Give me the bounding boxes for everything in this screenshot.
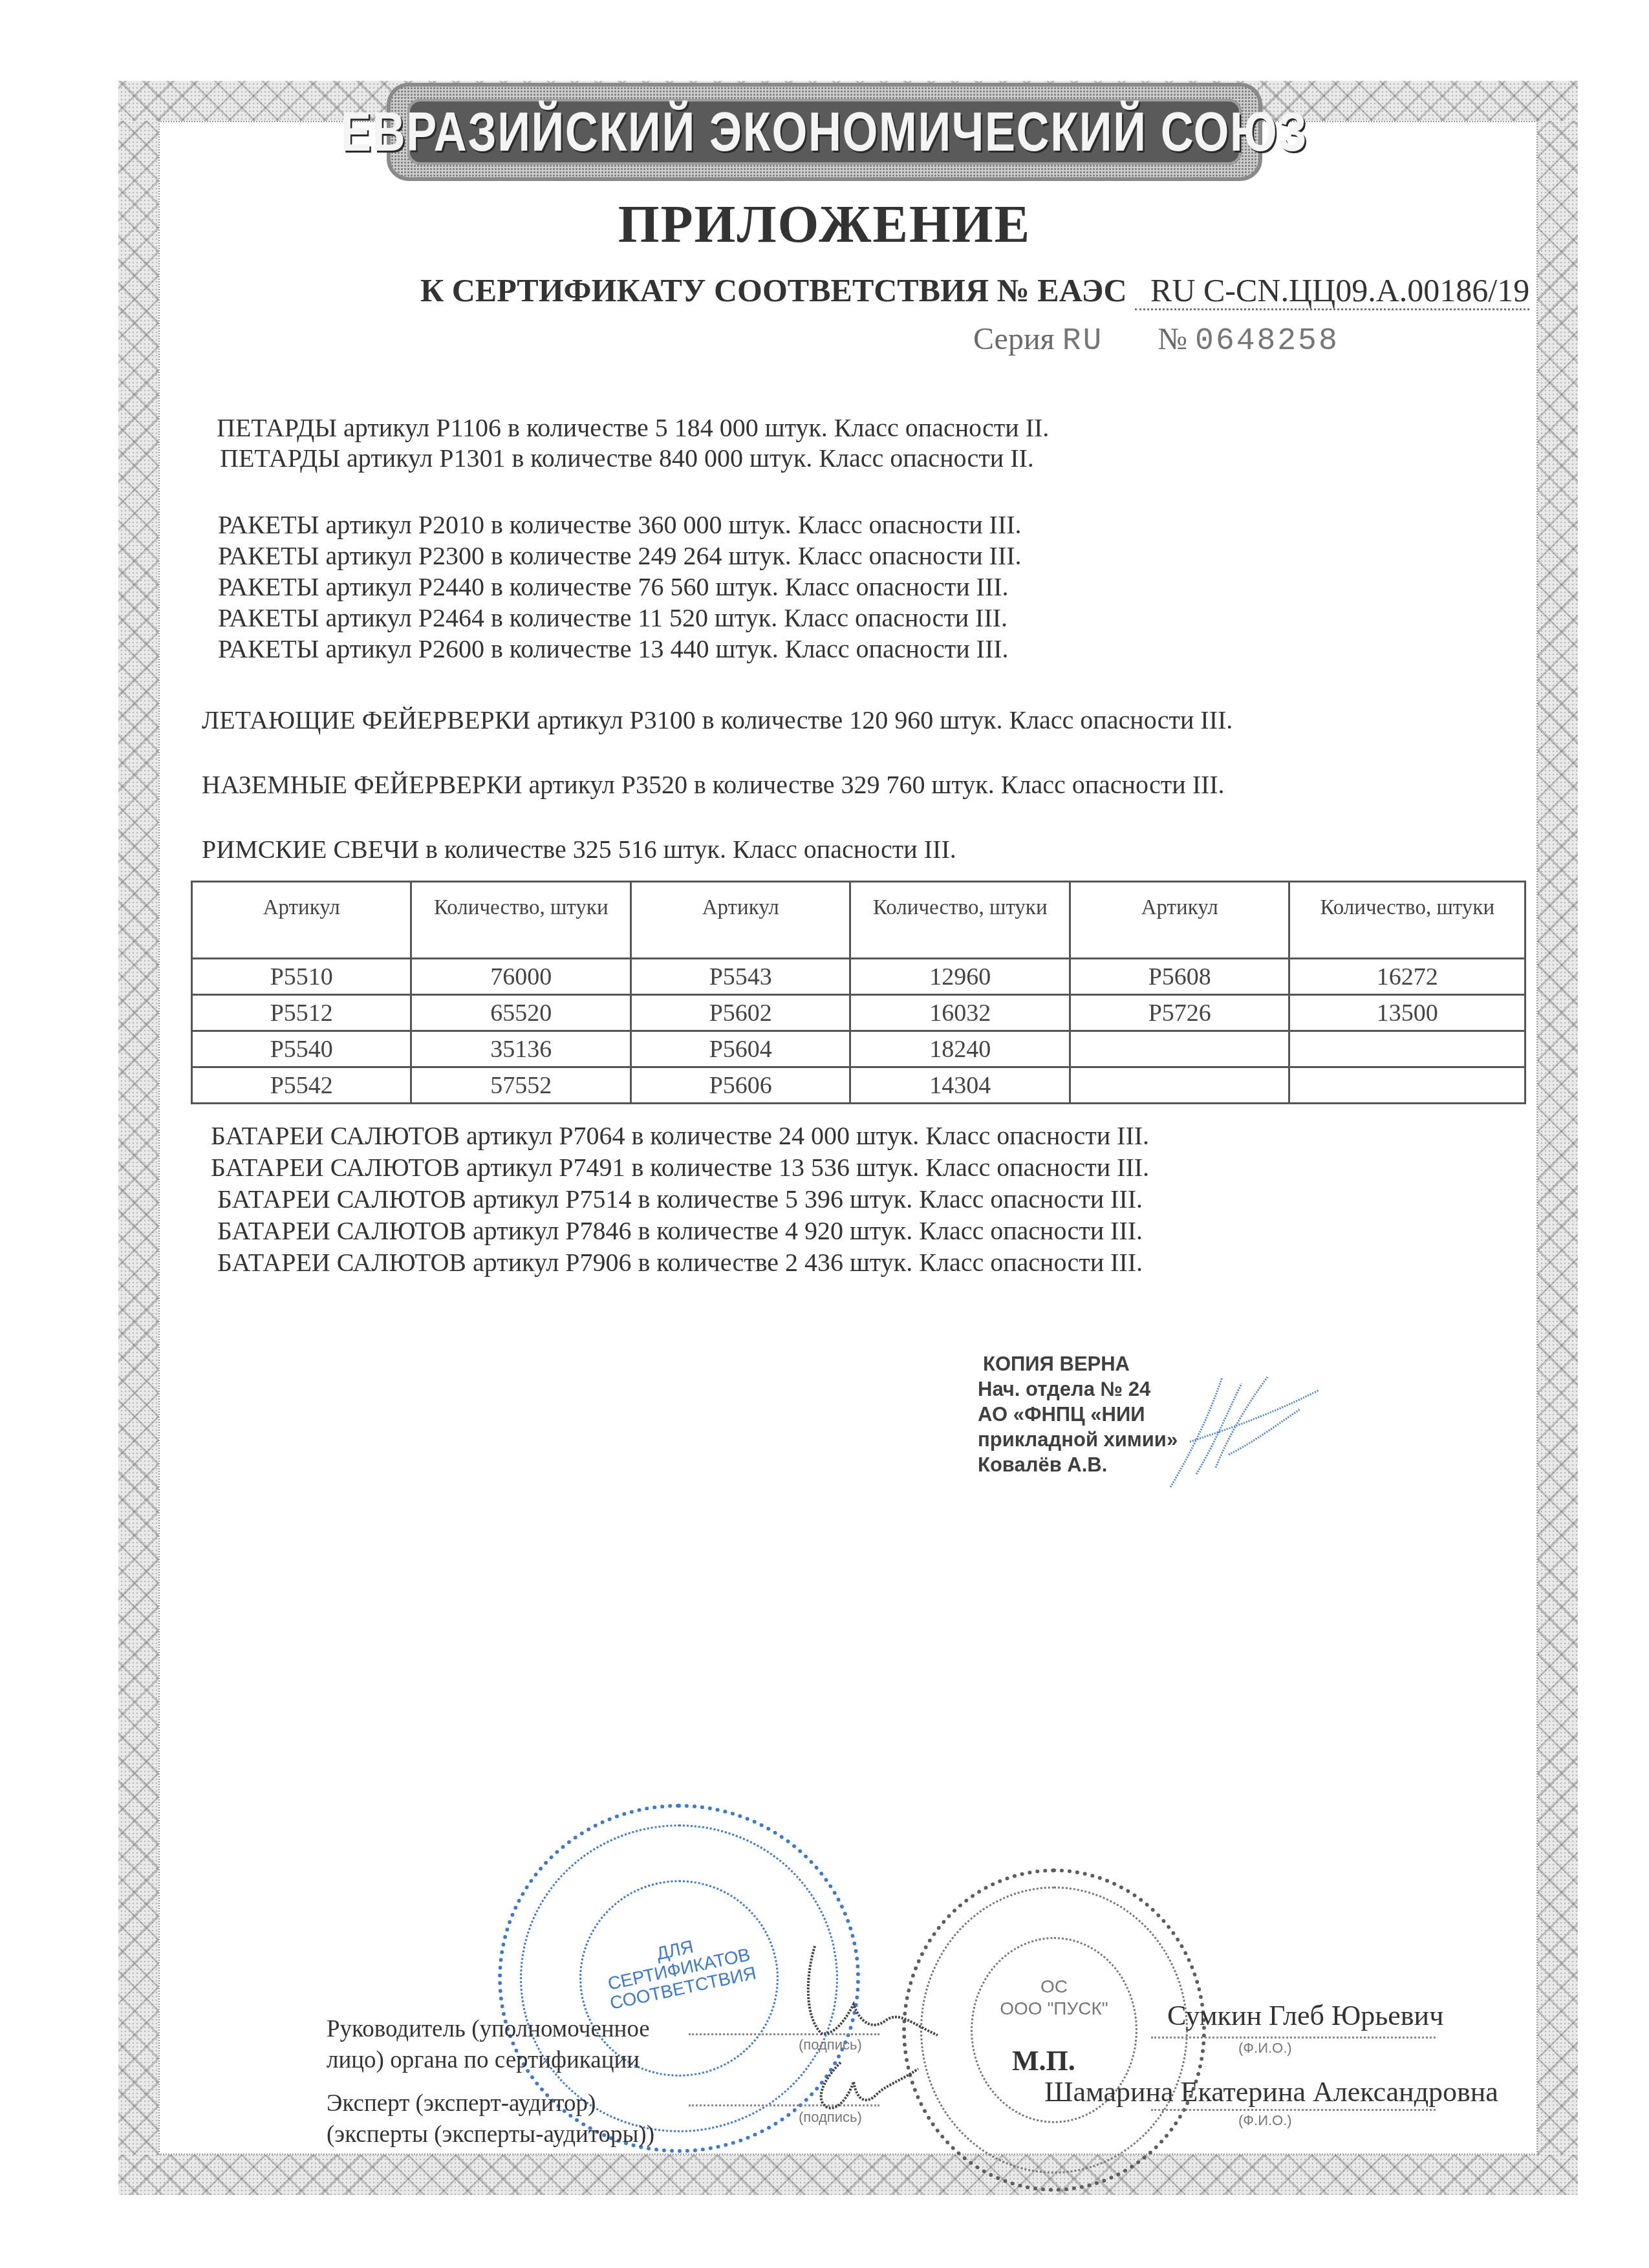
expert-label: Эксперт (эксперт-аудитор) (эксперты (экс…	[327, 2088, 654, 2150]
banner-plate: ЕВРАЗИЙСКИЙ ЭКОНОМИЧЕСКИЙ СОЮЗ	[407, 99, 1242, 165]
fio-caption: (Ф.И.О.)	[1238, 2040, 1292, 2057]
copy-stamp-line: прикладной химии»	[978, 1427, 1178, 1452]
copy-stamp-line: Ковалёв А.В.	[978, 1452, 1178, 1477]
table-cell: Р5608	[1070, 959, 1289, 995]
expert-signature-icon	[802, 2056, 944, 2121]
column-header: Количество, штуки	[411, 882, 631, 959]
item-line-battery: БАТАРЕИ САЛЮТОВ артикул Р7846 в количест…	[217, 1215, 1143, 1246]
item-line-battery: БАТАРЕИ САЛЮТОВ артикул Р7064 в количест…	[211, 1120, 1149, 1151]
column-header: Количество, штуки	[1289, 882, 1525, 959]
expert-name: Шамарина Екатерина Александровна	[1044, 2075, 1498, 2108]
head-label: Руководитель (уполномоченное лицо) орган…	[327, 2014, 650, 2076]
item-line-rocket: РАКЕТЫ артикул Р2600 в количестве 13 440…	[218, 634, 1009, 664]
table-cell: Р5602	[631, 995, 850, 1031]
item-line-rocket: РАКЕТЫ артикул Р2010 в количестве 360 00…	[218, 509, 1022, 540]
table-cell: 35136	[411, 1031, 631, 1067]
table-cell: 76000	[411, 959, 631, 995]
series-label: Серия	[973, 322, 1055, 356]
table-row: Р5540 35136 Р5604 18240	[192, 1031, 1525, 1067]
expert-name-line	[1151, 2109, 1436, 2111]
certificate-prefix: К СЕРТИФИКАТУ СООТВЕТСТВИЯ № ЕАЭС	[420, 272, 1127, 308]
copy-stamp-line: Нач. отдела № 24	[978, 1376, 1178, 1402]
table-cell: 57552	[411, 1067, 631, 1104]
number-label: №	[1158, 322, 1187, 356]
table-row: Р5512 65520 Р5602 16032 Р5726 13500	[192, 995, 1525, 1031]
table-row: Р5510 76000 Р5543 12960 Р5608 16272	[192, 959, 1525, 995]
table-cell: 18240	[850, 1031, 1070, 1067]
item-line-rocket: РАКЕТЫ артикул Р2464 в количестве 11 520…	[218, 603, 1008, 633]
fio-caption: (Ф.И.О.)	[1238, 2112, 1292, 2129]
copy-stamp-line: АО «ФНПЦ «НИИ	[978, 1402, 1178, 1427]
head-name-line	[1151, 2037, 1436, 2038]
form-number: 0648258	[1195, 324, 1339, 359]
column-header: Артикул	[631, 882, 850, 959]
copy-stamp-line: КОПИЯ ВЕРНА	[978, 1351, 1178, 1376]
table-cell: 12960	[850, 959, 1070, 995]
head-name: Сумкин Глеб Юрьевич	[1167, 1999, 1443, 2032]
gray-seal-text: ОС ООО "ПУСК"	[906, 1976, 1202, 2020]
head-label-line: лицо) органа по сертификации	[327, 2045, 650, 2076]
roman-candles-table: Артикул Количество, штуки Артикул Количе…	[191, 881, 1526, 1104]
expert-label-line: Эксперт (эксперт-аудитор)	[327, 2088, 654, 2119]
item-line-battery: БАТАРЕИ САЛЮТОВ артикул Р7491 в количест…	[211, 1152, 1149, 1182]
table-cell: Р5510	[192, 959, 411, 995]
head-label-line: Руководитель (уполномоченное	[327, 2014, 650, 2045]
item-line-petard: ПЕТАРДЫ артикул Р1106 в количестве 5 184…	[217, 412, 1049, 443]
certificate-reference: К СЕРТИФИКАТУ СООТВЕТСТВИЯ № ЕАЭС RU С-C…	[420, 272, 1529, 309]
head-signature-icon	[802, 1940, 944, 2043]
item-line-ground-fireworks: НАЗЕМНЫЕ ФЕЙЕРВЕРКИ артикул Р3520 в коли…	[202, 769, 1225, 800]
seal-text-line: ООО "ПУСК"	[906, 1998, 1202, 2020]
table-cell: Р5606	[631, 1067, 850, 1104]
item-line-battery: БАТАРЕИ САЛЮТОВ артикул Р7514 в количест…	[217, 1184, 1143, 1214]
item-line-rocket: РАКЕТЫ артикул Р2300 в количестве 249 26…	[218, 540, 1022, 571]
item-line-rocket: РАКЕТЫ артикул Р2440 в количестве 76 560…	[218, 572, 1009, 602]
certificate-number: RU С-CN.ЦЦ09.А.00186/19	[1135, 272, 1529, 310]
item-line-flying-fireworks: ЛЕТАЮЩИЕ ФЕЙЕРВЕРКИ артикул Р3100 в коли…	[202, 705, 1233, 735]
banner-text: ЕВРАЗИЙСКИЙ ЭКОНОМИЧЕСКИЙ СОЮЗ	[341, 100, 1308, 164]
table-cell: Р5512	[192, 995, 411, 1031]
table-cell: 13500	[1289, 995, 1525, 1031]
item-line-petard: ПЕТАРДЫ артикул Р1301 в количестве 840 0…	[220, 443, 1034, 473]
blue-signature-icon	[1151, 1364, 1345, 1493]
table-cell: Р5542	[192, 1067, 411, 1104]
table-row: Р5542 57552 Р5606 14304	[192, 1067, 1525, 1104]
table-header-row: Артикул Количество, штуки Артикул Количе…	[192, 882, 1525, 959]
table-cell: 16032	[850, 995, 1070, 1031]
column-header: Артикул	[1070, 882, 1289, 959]
item-line-battery: БАТАРЕИ САЛЮТОВ артикул Р7906 в количест…	[217, 1247, 1143, 1278]
table-cell	[1289, 1031, 1525, 1067]
column-header: Количество, штуки	[850, 882, 1070, 959]
table-cell: 14304	[850, 1067, 1070, 1104]
table-cell	[1070, 1067, 1289, 1104]
table-cell: Р5543	[631, 959, 850, 995]
table-cell	[1070, 1031, 1289, 1067]
item-line-roman-candles: РИМСКИЕ СВЕЧИ в количестве 325 516 штук.…	[202, 834, 956, 864]
expert-label-line: (эксперты (эксперты-аудиторы))	[327, 2119, 654, 2150]
table-cell: Р5604	[631, 1031, 850, 1067]
table-cell: 65520	[411, 995, 631, 1031]
table-cell	[1289, 1067, 1525, 1104]
certified-copy-stamp: КОПИЯ ВЕРНА Нач. отдела № 24 АО «ФНПЦ «Н…	[978, 1351, 1178, 1477]
eaeu-banner: ЕВРАЗИЙСКИЙ ЭКОНОМИЧЕСКИЙ СОЮЗ	[387, 83, 1262, 181]
table-cell: Р5540	[192, 1031, 411, 1067]
column-header: Артикул	[192, 882, 411, 959]
table-cell: Р5726	[1070, 995, 1289, 1031]
series-value: RU	[1062, 324, 1104, 359]
series-line: Серия RU № 0648258	[973, 321, 1339, 359]
table-cell: 16272	[1289, 959, 1525, 995]
page-title: ПРИЛОЖЕНИЕ	[0, 194, 1649, 255]
seal-place-mark: М.П.	[1012, 2044, 1075, 2077]
seal-text-line: ОС	[906, 1976, 1202, 1998]
gray-seal-icon: ОС ООО "ПУСК"	[902, 1868, 1206, 2192]
